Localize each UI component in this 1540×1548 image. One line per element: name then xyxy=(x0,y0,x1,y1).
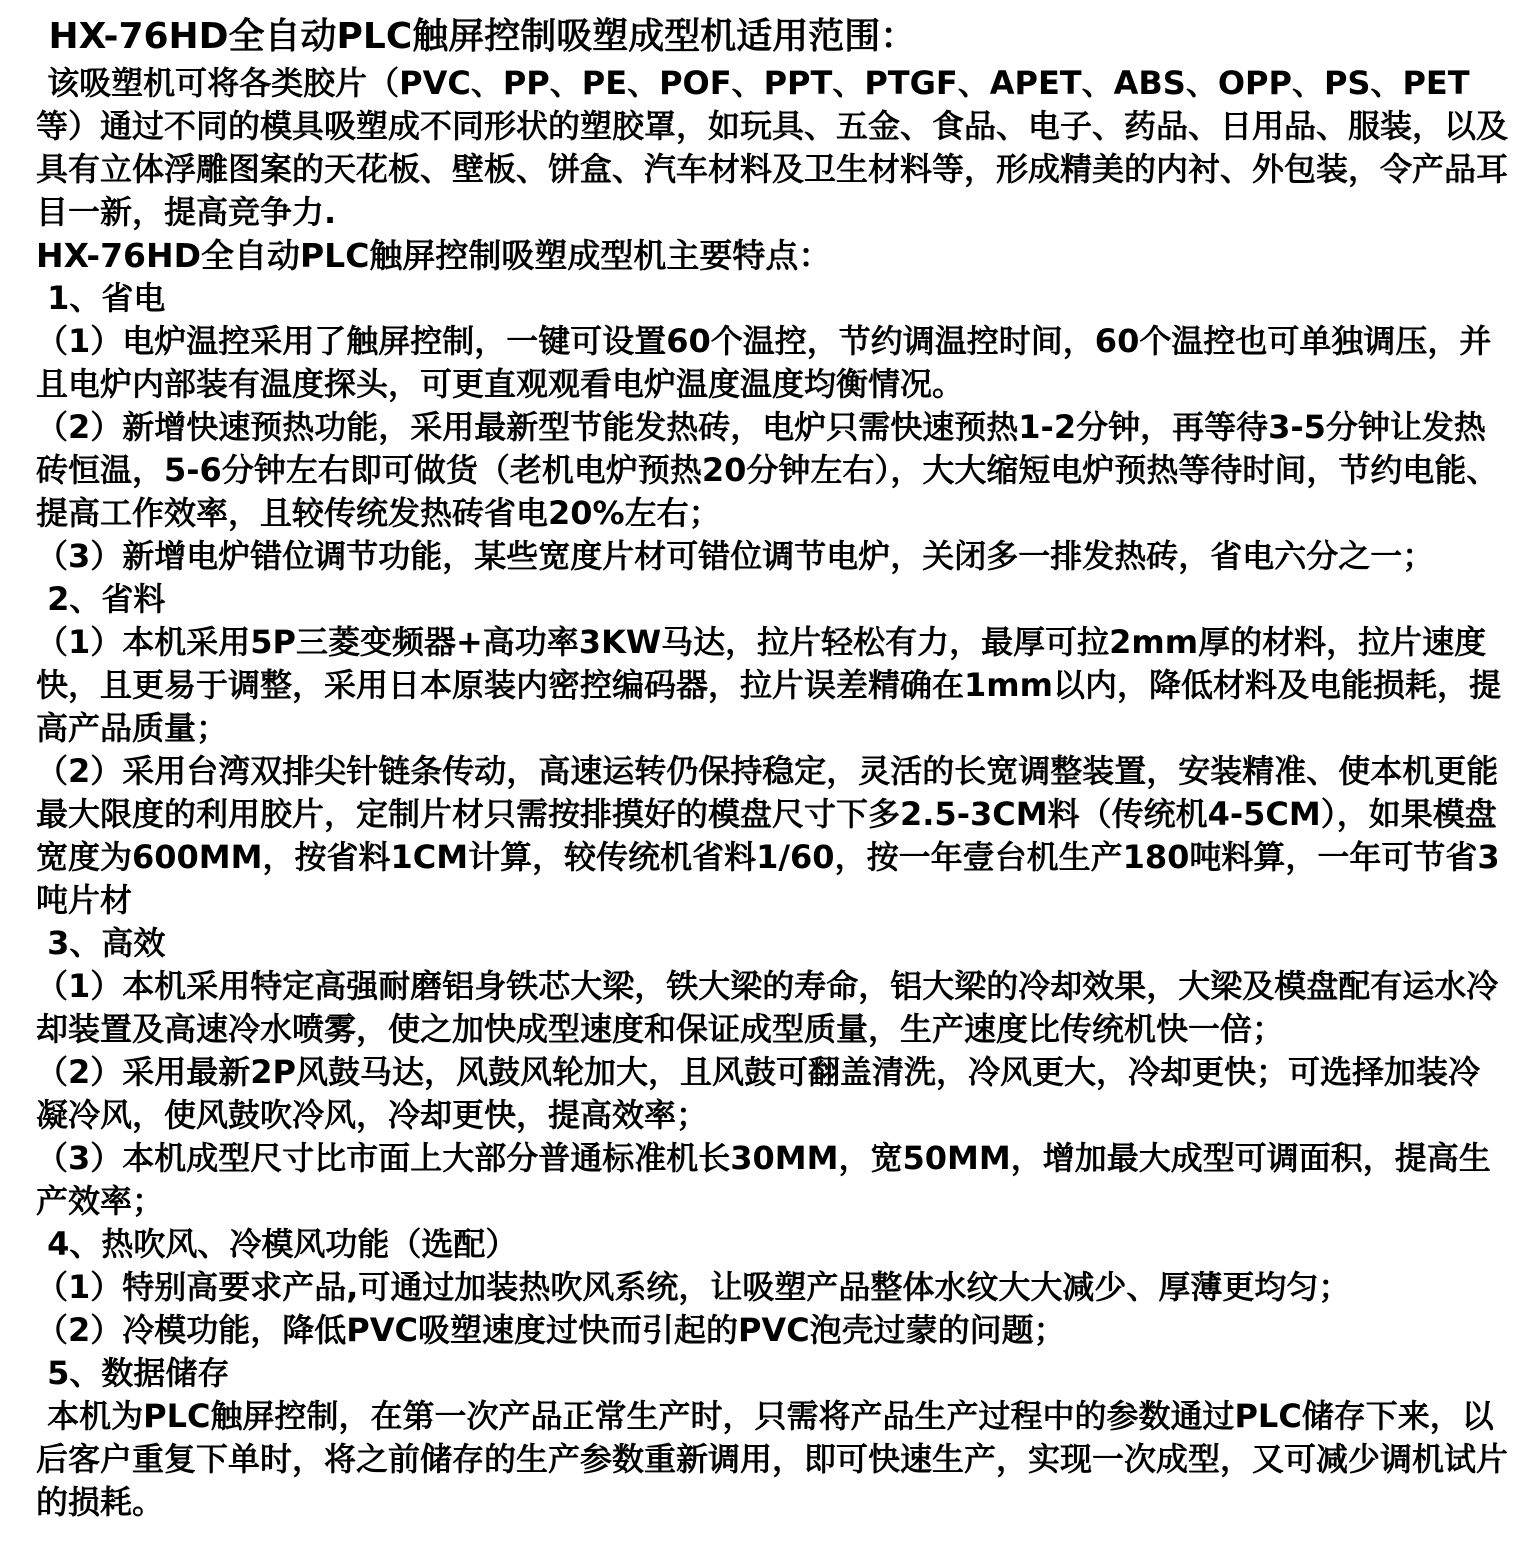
section-5-heading: 5、数据储存 xyxy=(36,1352,1510,1395)
section-2-item-1: （1）本机采用5P三菱变频器+高功率3KW马达，拉片轻松有力，最厚可拉2mm厚的… xyxy=(36,621,1510,750)
section-1-heading: 1、省电 xyxy=(36,277,1510,320)
section-1-item-3: （3）新增电炉错位调节功能，某些宽度片材可错位调节电炉，关闭多一排发热砖，省电六… xyxy=(36,535,1510,578)
document: HX-76HD全自动PLC触屏控制吸塑成型机适用范围： 该吸塑机可将各类胶片（P… xyxy=(0,0,1540,1548)
section-3-item-2: （2）采用最新2P风鼓马达，风鼓风轮加大，且风鼓可翻盖清洗，冷风更大，冷却更快；… xyxy=(36,1051,1510,1137)
features-heading: HX-76HD全自动PLC触屏控制吸塑成型机主要特点： xyxy=(36,234,1510,277)
section-4-heading: 4、热吹风、冷模风功能（选配） xyxy=(36,1223,1510,1266)
section-3-heading: 3、高效 xyxy=(36,922,1510,965)
section-1-item-2: （2）新增快速预热功能，采用最新型节能发热砖，电炉只需快速预热1-2分钟，再等待… xyxy=(36,406,1510,535)
section-3-item-3: （3）本机成型尺寸比市面上大部分普通标准机长30MM，宽50MM，增加最大成型可… xyxy=(36,1137,1510,1223)
page-title: HX-76HD全自动PLC触屏控制吸塑成型机适用范围： xyxy=(36,12,1510,62)
section-3-item-1: （1）本机采用特定高强耐磨铝身铁芯大梁，铁大梁的寿命，铝大梁的冷却效果，大梁及模… xyxy=(36,965,1510,1051)
section-4-item-1: （1）特别高要求产品,可通过加装热吹风系统，让吸塑产品整体水纹大大减少、厚薄更均… xyxy=(36,1266,1510,1309)
section-4-item-2: （2）冷模功能，降低PVC吸塑速度过快而引起的PVC泡壳过蒙的问题； xyxy=(36,1309,1510,1352)
section-5-body: 本机为PLC触屏控制，在第一次产品正常生产时，只需将产品生产过程中的参数通过PL… xyxy=(36,1395,1510,1524)
section-2-item-2: （2）采用台湾双排尖针链条传动，高速运转仍保持稳定，灵活的长宽调整装置，安装精准… xyxy=(36,750,1510,922)
intro-paragraph: 该吸塑机可将各类胶片（PVC、PP、PE、POF、PPT、PTGF、APET、A… xyxy=(36,62,1510,234)
section-1-item-1: （1）电炉温控采用了触屏控制，一键可设置60个温控，节约调温控时间，60个温控也… xyxy=(36,320,1510,406)
section-2-heading: 2、省料 xyxy=(36,578,1510,621)
